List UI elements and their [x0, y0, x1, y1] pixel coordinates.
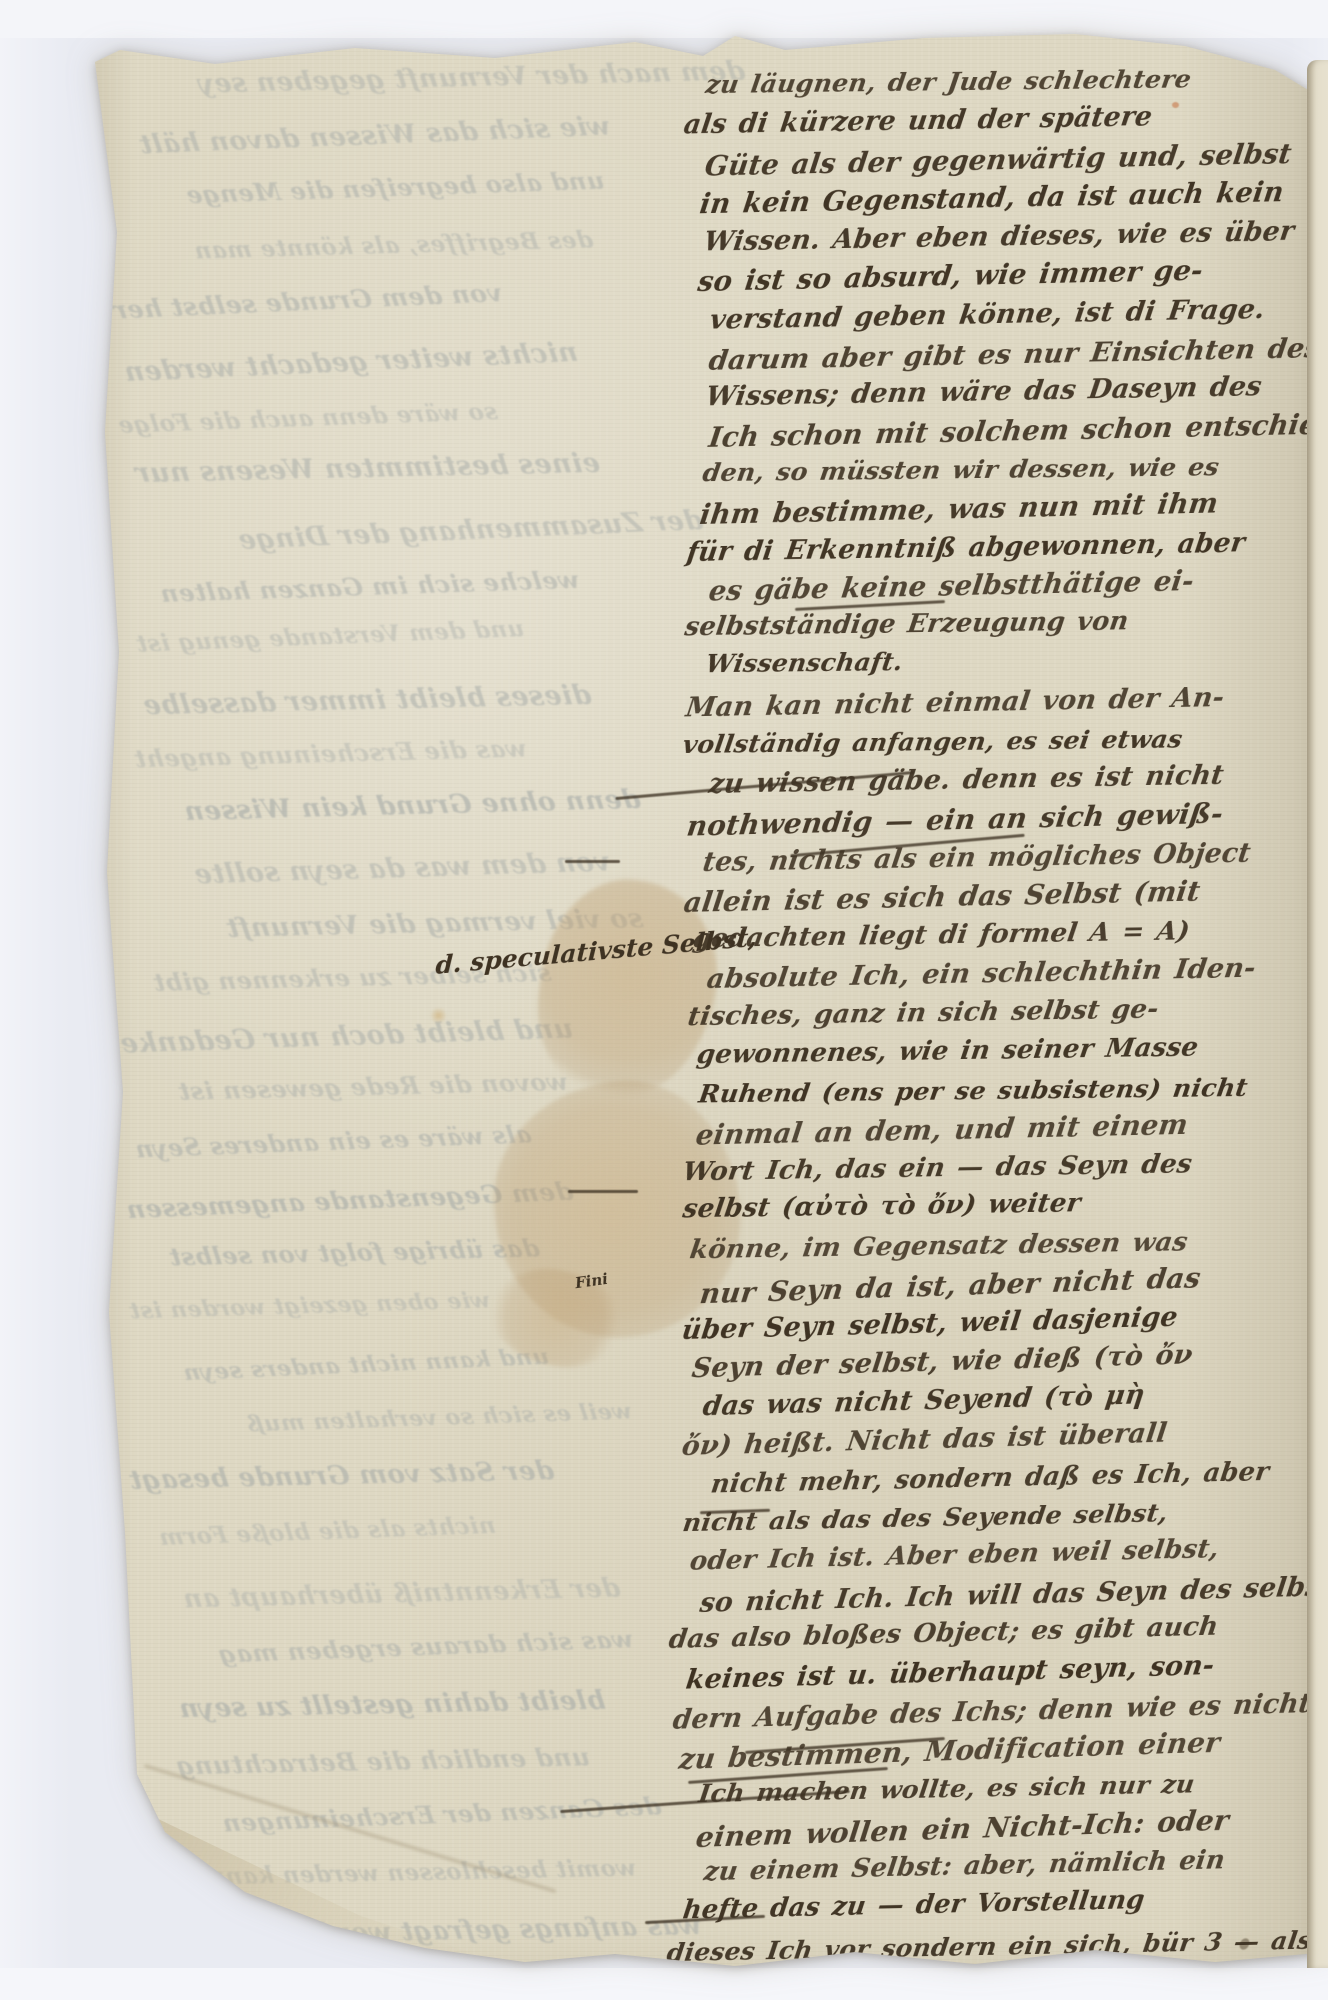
manuscript-line: es gäbe keine selbstthätige ei- [707, 565, 1196, 607]
manuscript-line: ὄν) heißt. Nicht das ist überall [680, 1417, 1169, 1462]
manuscript-line: nicht mehr, sondern daß es Ich, aber [709, 1456, 1271, 1499]
manuscript-line: nothwendig — ein an sich gewiß- [685, 797, 1225, 843]
manuscript-line: könne, im Gegensatz dessen was [688, 1226, 1190, 1265]
paper-sheet: dem nach der Vernunft gegeben seywie sic… [95, 32, 1328, 1988]
manuscript-line: Wort Ich, das ein — das Seyn des [680, 1148, 1193, 1187]
manuscript-paper: dem nach der Vernunft gegeben seywie sic… [95, 32, 1328, 1988]
manuscript-line: so nicht Ich. Ich will das Seyn des selb… [698, 1571, 1328, 1619]
manuscript-line: Güte als der gegenwärtig und, selbst [703, 137, 1294, 182]
manuscript-line: gedachten liegt di formel A = A) [691, 916, 1192, 954]
manuscript-line: einmal an dem, und mit einem [694, 1108, 1190, 1151]
manuscript-line: oder Ich ist. Aber eben weil selbst, [688, 1534, 1221, 1577]
adjacent-page-edge [1307, 60, 1328, 1968]
manuscript-line: Man kan nicht einmal von der An- [684, 682, 1226, 723]
manuscript-line: zu einem Selbst: aber, nämlich ein [702, 1845, 1227, 1887]
manuscript-line: zu wissen gäbe. denn es ist nicht [707, 760, 1226, 800]
handwriting-column: zu läugnen, der Jude schlechtereals di k… [95, 32, 1328, 1988]
manuscript-line: Wissenschaft. [704, 647, 905, 678]
manuscript-line: als di kürzere und der spätere [682, 101, 1154, 140]
manuscript-line: Seyn der selbst, wie dieß (τὸ ὄν [690, 1339, 1195, 1384]
manuscript-line: tes, nichts als ein mögliches Object [701, 837, 1253, 877]
manuscript-line: nicht als das des Seyende selbst, [681, 1497, 1170, 1537]
manuscript-line: das also bloßes Object; es gibt auch [668, 1611, 1221, 1654]
manuscript-line: selbst (αὐτὸ τὸ ὄν) weiter [681, 1188, 1083, 1224]
manuscript-line: das was nicht Seyend (τὸ μὴ [701, 1379, 1146, 1422]
manuscript-line: selbstständige Erzeugung von [682, 606, 1130, 642]
manuscript-line: Wissen. Aber eben dieses, wie es über [702, 216, 1297, 258]
manuscript-line: in kein Gegenstand, da ist auch kein [698, 176, 1286, 220]
manuscript-line: vollständig anfangen, es sei etwas [681, 723, 1185, 759]
manuscript-line: Ruhend (ens per se subsistens) nicht [696, 1072, 1249, 1109]
manuscript-line: darum aber gibt es nur Einsichten des [706, 331, 1322, 376]
manuscript-line: allein ist es sich das Selbst (mit [682, 875, 1202, 919]
manuscript-line: dieses Ich vor sondern ein sich, bür 3 —… [665, 1918, 1328, 1967]
manuscript-line: verstand geben könne, ist di Frage. [708, 293, 1267, 335]
manuscript-line: den, so müssten wir dessen, wie es [701, 451, 1221, 487]
manuscript-line: zu läugnen, der Jude schlechtere [703, 63, 1193, 99]
manuscript-line: absolute Ich, ein schlechthin Iden- [704, 953, 1257, 995]
manuscript-line: so ist so absurd, wie immer ge- [696, 254, 1205, 297]
manuscript-line: keines ist u. überhaupt seyn, son- [684, 1649, 1216, 1695]
manuscript-line: ihm bestimme, was nun mit ihm [698, 487, 1220, 531]
manuscript-line: für di Erkenntniß abgewonnen, aber [685, 527, 1247, 568]
manuscript-line: Ich schon mit solchem schon entschie- [707, 408, 1328, 453]
underline-mark [568, 1190, 638, 1193]
scanned-manuscript-page: { "document": { "marginal_note": "d. spe… [0, 0, 1328, 2000]
underline-mark [565, 860, 620, 863]
manuscript-line: tisches, ganz in sich selbst ge- [686, 993, 1161, 1032]
manuscript-line: hefte das zu — der Vorstellung [681, 1884, 1147, 1924]
manuscript-line: gewonnenes, wie in seiner Masse [695, 1032, 1201, 1070]
manuscript-line: Wissens; denn wäre das Daseyn des [704, 371, 1264, 413]
